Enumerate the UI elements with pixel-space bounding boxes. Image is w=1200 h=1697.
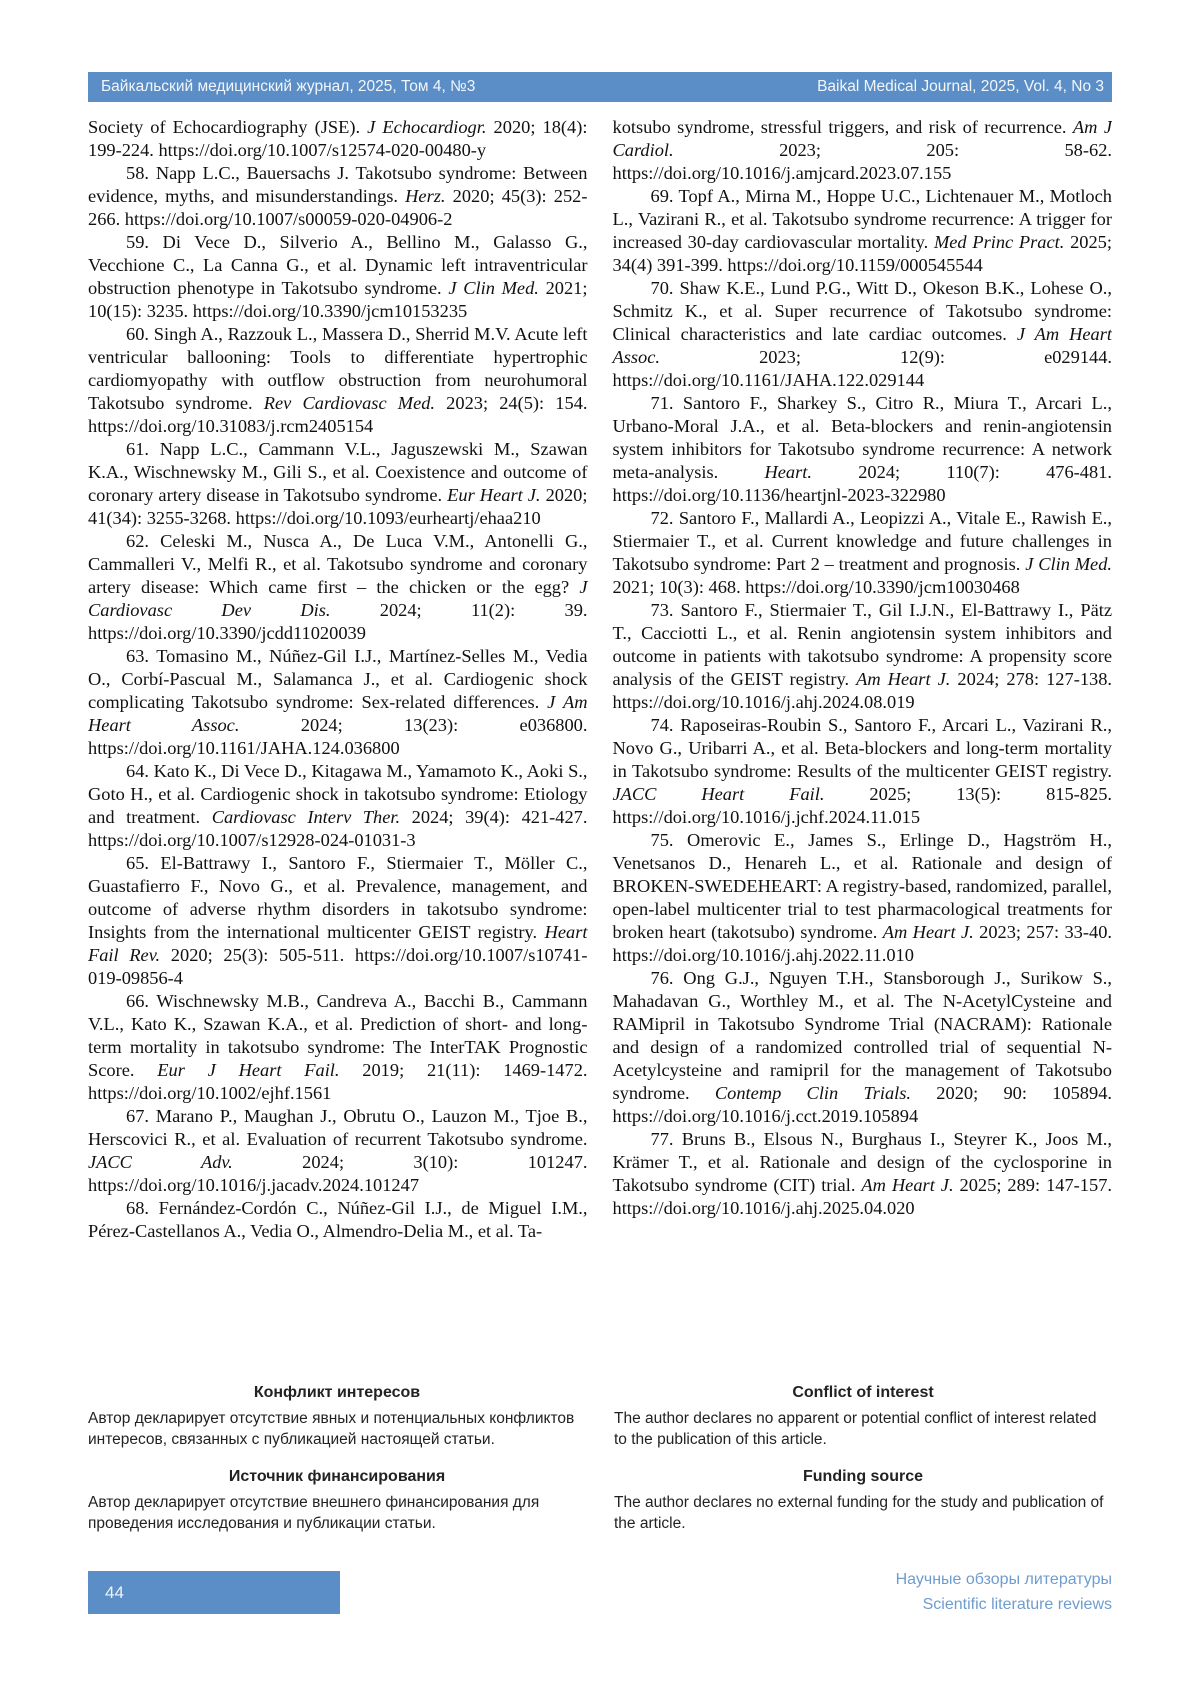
journal-title-en: Baikal Medical Journal, 2025, Vol. 4, No… (817, 78, 1104, 96)
reference-item: 72. Santoro F., Mallardi A., Leopizzi A.… (613, 507, 1113, 599)
reference-item: 59. Di Vece D., Silverio A., Bellino M.,… (88, 231, 588, 323)
reference-item: 74. Raposeiras-Roubin S., Santoro F., Ar… (613, 714, 1113, 829)
note-heading: Источник финансирования (88, 1466, 586, 1487)
reference-item: 76. Ong G.J., Nguyen T.H., Stansborough … (613, 967, 1113, 1128)
journal-title-ru: Байкальский медицинский журнал, 2025, То… (101, 78, 475, 96)
footer-section-labels: Научные обзоры литературы Scientific lit… (896, 1567, 1112, 1617)
references-section: Society of Echocardiography (JSE). J Ech… (88, 116, 1112, 1374)
reference-item: 64. Kato K., Di Vece D., Kitagawa M., Ya… (88, 760, 588, 852)
reference-item: 65. El-Battrawy I., Santoro F., Stiermai… (88, 852, 588, 990)
reference-item: 60. Singh A., Razzouk L., Massera D., Sh… (88, 323, 588, 438)
note-heading: Funding source (614, 1466, 1112, 1487)
reference-item: 68. Fernández-Cordón C., Núñez-Gil I.J.,… (88, 1197, 588, 1243)
footer-label-en: Scientific literature reviews (896, 1592, 1112, 1617)
reference-item: 61. Napp L.C., Cammann V.L., Jaguszewski… (88, 438, 588, 530)
reference-item: 75. Omerovic E., James S., Erlinge D., H… (613, 829, 1113, 967)
note-body: The author declares no apparent or poten… (614, 1408, 1112, 1450)
note-body: The author declares no external funding … (614, 1492, 1112, 1534)
reference-item: kotsubo syndrome, stressful triggers, an… (613, 116, 1113, 185)
declarations-section: Конфликт интересовАвтор декларирует отсу… (88, 1382, 1112, 1550)
footer-label-ru: Научные обзоры литературы (896, 1567, 1112, 1592)
references-column-left: Society of Echocardiography (JSE). J Ech… (88, 116, 588, 1374)
reference-item: 70. Shaw K.E., Lund P.G., Witt D., Okeso… (613, 277, 1113, 392)
page-number-box: 44 (88, 1571, 340, 1614)
reference-item: 66. Wischnewsky M.B., Candreva A., Bacch… (88, 990, 588, 1105)
note-body: Автор декларирует отсутствие явных и пот… (88, 1408, 586, 1450)
journal-page: Байкальский медицинский журнал, 2025, То… (0, 0, 1200, 1697)
notes-en: Conflict of interestThe author declares … (614, 1382, 1112, 1550)
page-number: 44 (105, 1583, 124, 1603)
note-body: Автор декларирует отсутствие внешнего фи… (88, 1492, 586, 1534)
reference-item: 62. Celeski M., Nusca A., De Luca V.M., … (88, 530, 588, 645)
reference-item: 77. Bruns B., Elsous N., Burghaus I., St… (613, 1128, 1113, 1220)
reference-item: 69. Topf A., Mirna M., Hoppe U.C., Licht… (613, 185, 1113, 277)
reference-item: 58. Napp L.C., Bauersachs J. Takotsubo s… (88, 162, 588, 231)
reference-item: 67. Marano P., Maughan J., Obrutu O., La… (88, 1105, 588, 1197)
reference-item: Society of Echocardiography (JSE). J Ech… (88, 116, 588, 162)
references-column-right: kotsubo syndrome, stressful triggers, an… (613, 116, 1113, 1374)
reference-item: 73. Santoro F., Stiermaier T., Gil I.J.N… (613, 599, 1113, 714)
note-heading: Конфликт интересов (88, 1382, 586, 1403)
reference-item: 71. Santoro F., Sharkey S., Citro R., Mi… (613, 392, 1113, 507)
reference-item: 63. Tomasino M., Núñez-Gil I.J., Martíne… (88, 645, 588, 760)
notes-ru: Конфликт интересовАвтор декларирует отсу… (88, 1382, 586, 1550)
journal-header-bar: Байкальский медицинский журнал, 2025, То… (88, 72, 1112, 102)
note-heading: Conflict of interest (614, 1382, 1112, 1403)
